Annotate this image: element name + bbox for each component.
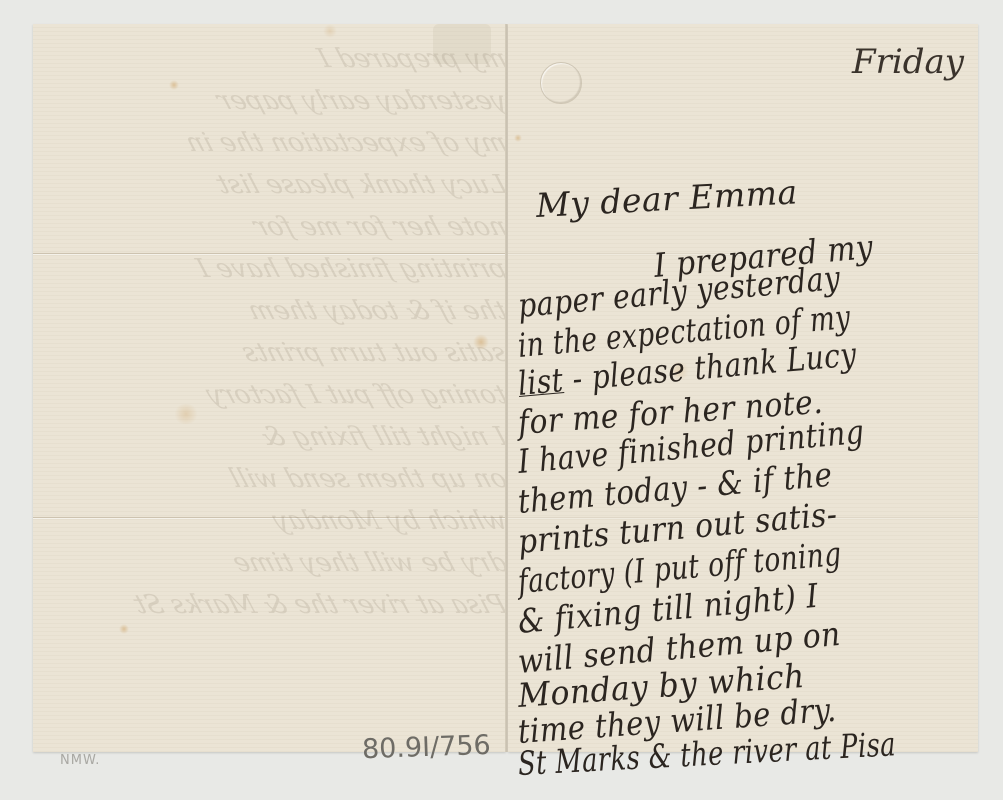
letter-date: Friday: [852, 42, 964, 82]
bleed-through-text: which by Monday: [28, 506, 511, 536]
bleed-through-text: I night till fixing &: [28, 422, 511, 452]
accession-number: 80.9I/756: [361, 730, 491, 765]
foxing-spot: [169, 80, 179, 90]
foxing-spot: [323, 24, 337, 38]
catalog-mark: NMW.: [60, 753, 100, 768]
bleed-through-text: on up them send will: [28, 464, 511, 494]
foxing-spot: [173, 404, 199, 424]
bleed-through-text: toning off put I factory: [28, 380, 511, 410]
bleed-through-text: note her for me for: [28, 212, 511, 242]
bleed-through-text: satis out turn prints: [28, 338, 511, 368]
bleed-through-text: Lucy thank please list: [28, 170, 511, 200]
bleed-through-text: my of expectation the in: [28, 128, 511, 158]
blind-embossed-stamp: [540, 62, 582, 104]
bleed-through-text: yesterday early paper: [28, 86, 511, 116]
foxing-spot: [119, 624, 129, 634]
salutation: My dear Emma: [535, 172, 799, 225]
letter-right-page: Friday My dear Emma I prepared my paper …: [508, 24, 978, 752]
foxing-spot: [473, 334, 489, 350]
foxing-spot: [514, 134, 522, 142]
bleed-through-text: the if & today them: [28, 296, 511, 326]
underlined-word: list: [516, 360, 565, 403]
bleed-through-text: dry be will they time: [28, 548, 511, 578]
bleed-through-text: Pisa at river the & Marks St: [28, 590, 511, 620]
bleed-through-text: printing finished have I: [28, 254, 511, 284]
letter-left-page: my prepared I yesterday early paper my o…: [33, 24, 506, 752]
bleed-through-text: my prepared I: [28, 44, 511, 74]
